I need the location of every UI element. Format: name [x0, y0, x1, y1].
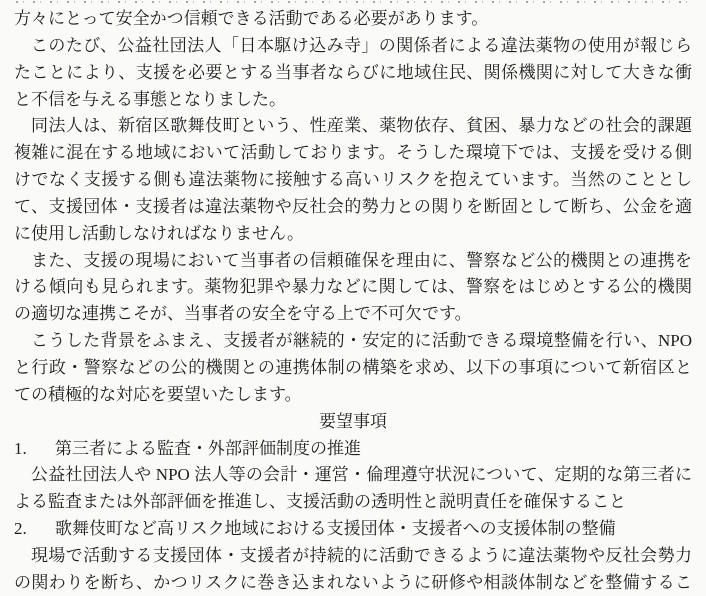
text-line: また、支援の現場において当事者の信頼確保を理由に、警察など公的機関との連携を避 [14, 248, 692, 275]
list-item-label: 第三者による監査・外部評価制度の推進 [55, 436, 692, 463]
numbered-list-item: 2.歌舞伎町など高リスク地域における支援団体・支援者への支援体制の整備 [14, 516, 692, 543]
text-line: の適切な連携こそが、当事者の安全を守る上で不可欠です。 [14, 301, 692, 328]
text-line: たことにより、支援を必要とする当事者ならびに地域住民、関係機関に対して大きな衝撃 [14, 60, 692, 87]
text-line: 現場で活動する支援団体・支援者が持続的に活動できるように違法薬物や反社会勢力と [14, 543, 692, 570]
text-line: よる監査または外部評価を推進し、支援活動の透明性と説明責任を確保すること [14, 489, 692, 516]
numbered-list-item: 1.第三者による監査・外部評価制度の推進 [14, 436, 692, 463]
section-heading: 要望事項 [14, 409, 692, 436]
text-line: けでなく支援する側も違法薬物に接触する高いリスクを抱えています。当然のこととし [14, 167, 692, 194]
document-body: 方々にとって安全かつ信頼できる活動である必要があります。このたび、公益社団法人「… [14, 6, 692, 596]
text-line: このたび、公益社団法人「日本駆け込み寺」の関係者による違法薬物の使用が報じられ [14, 33, 692, 60]
text-line: こうした背景をふまえ、支援者が継続的・安定的に活動できる環境整備を行い、NPO [14, 328, 692, 355]
text-line: 同法人は、新宿区歌舞伎町という、性産業、薬物依存、貧困、暴力などの社会的課題が [14, 113, 692, 140]
document-page: 方々にとって安全かつ信頼できる活動である必要があります。このたび、公益社団法人「… [0, 0, 706, 596]
list-item-label: 歌舞伎町など高リスク地域における支援団体・支援者への支援体制の整備 [55, 516, 692, 543]
text-line: 方々にとって安全かつ信頼できる活動である必要があります。 [14, 6, 692, 33]
text-line: に使用し活動しなければなりません。 [14, 221, 692, 248]
text-line: と行政・警察などの公的機関との連携体制の構築を求め、以下の事項について新宿区とし [14, 355, 692, 382]
text-line: 複雑に混在する地域において活動しております。そうした環境下では、支援を受ける側だ [14, 140, 692, 167]
text-line: て、支援団体・支援者は違法薬物や反社会的勢力との関りを断固として断ち、公金を適正 [14, 194, 692, 221]
text-line: 公益社団法人や NPO 法人等の会計・運営・倫理遵守状況について、定期的な第三者… [14, 462, 692, 489]
list-number: 1. [14, 436, 55, 463]
text-line: ての積極的な対応を要望いたします。 [14, 382, 692, 409]
list-number: 2. [14, 516, 55, 543]
text-line: の関わりを断ち、かつリスクに巻き込まれないように研修や相談体制などを整備すること [14, 570, 692, 596]
clipped-text-remnant [16, 0, 688, 4]
text-line: と不信を与える事態となりました。 [14, 87, 692, 114]
text-line: ける傾向も見られます。薬物犯罪や暴力などに関しては、警察をはじめとする公的機関と [14, 274, 692, 301]
